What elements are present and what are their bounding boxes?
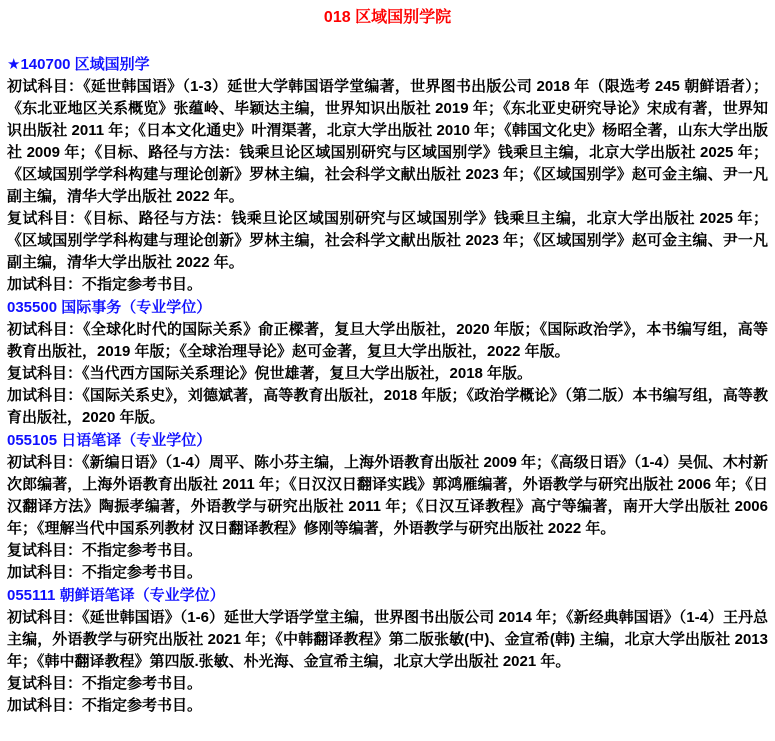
additional-test-subjects-paragraph: 加试科目：《国际关系史》，刘德斌著，高等教育出版社，2018 年版；《政治学概论… [7,385,768,429]
additional-test-subjects-paragraph: 加试科目：不指定参考书目。 [7,562,768,584]
initial-exam-subjects-paragraph: 初试科目：《新编日语》（1-4）周平、陈小芬主编，上海外语教育出版社 2009 … [7,452,768,540]
section-140700: ★140700 区域国别学 初试科目：《延世韩国语》（1-3）延世大学韩国语学堂… [7,54,768,296]
initial-exam-subjects-paragraph: 初试科目：《延世韩国语》（1-3）延世大学韩国语学堂编著，世界图书出版公司 20… [7,76,768,208]
section-heading-055105: 055105 日语笔译（专业学位） [7,430,768,452]
section-055111: 055111 朝鲜语笔译（专业学位） 初试科目：《延世韩国语》（1-6）延世大学… [7,585,768,717]
additional-test-subjects-paragraph: 加试科目：不指定参考书目。 [7,274,768,296]
section-035500: 035500 国际事务（专业学位） 初试科目：《全球化时代的国际关系》俞正樑著，… [7,297,768,429]
document-page: 018 区域国别学院 ★140700 区域国别学 初试科目：《延世韩国语》（1-… [0,0,775,741]
additional-test-subjects-paragraph: 加试科目：不指定参考书目。 [7,695,768,717]
retest-subjects-paragraph: 复试科目：不指定参考书目。 [7,673,768,695]
section-055105: 055105 日语笔译（专业学位） 初试科目：《新编日语》（1-4）周平、陈小芬… [7,430,768,584]
retest-subjects-paragraph: 复试科目：《当代西方国际关系理论》倪世雄著，复旦大学出版社，2018 年版。 [7,363,768,385]
retest-subjects-paragraph: 复试科目：不指定参考书目。 [7,540,768,562]
page-title: 018 区域国别学院 [7,8,768,28]
retest-subjects-paragraph: 复试科目：《目标、路径与方法：钱乘旦论区域国别研究与区域国别学》钱乘旦主编，北京… [7,208,768,274]
section-heading-035500: 035500 国际事务（专业学位） [7,297,768,319]
initial-exam-subjects-paragraph: 初试科目：《全球化时代的国际关系》俞正樑著，复旦大学出版社，2020 年版；《国… [7,319,768,363]
section-heading-055111: 055111 朝鲜语笔译（专业学位） [7,585,768,607]
section-heading-140700: ★140700 区域国别学 [7,54,768,76]
initial-exam-subjects-paragraph: 初试科目：《延世韩国语》（1-6）延世大学语学堂主编，世界图书出版公司 2014… [7,607,768,673]
